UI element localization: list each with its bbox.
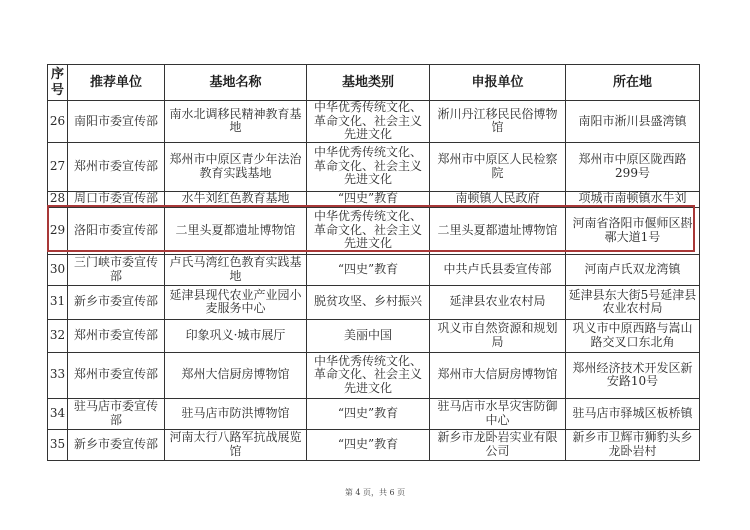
cell-applicant: 郑州市大信厨房博物馆 <box>430 352 566 398</box>
cell-recommender: 南阳市委宣传部 <box>68 101 165 143</box>
cell-applicant: 南顿镇人民政府 <box>430 191 566 207</box>
cell-applicant: 延津县农业农村局 <box>430 285 566 319</box>
cell-base-name: 郑州市中原区青少年法治教育实践基地 <box>165 142 307 191</box>
cell-location: 延津县东大街5号延津县农业农村局 <box>566 285 700 319</box>
cell-base-name: 河南太行八路军抗战展览馆 <box>165 429 307 460</box>
table-row-highlighted: 29 洛阳市委宣传部 二里头夏都遗址博物馆 中华优秀传统文化、革命文化、社会主义… <box>48 207 700 254</box>
cell-category: 中华优秀传统文化、革命文化、社会主义先进文化 <box>307 101 430 143</box>
cell-base-name: 驻马店市防洪博物馆 <box>165 398 307 429</box>
cell-location: 项城市南顿镇水牛刘 <box>566 191 700 207</box>
cell-no: 30 <box>48 254 68 285</box>
cell-recommender: 新乡市委宣传部 <box>68 429 165 460</box>
cell-recommender: 驻马店市委宣传部 <box>68 398 165 429</box>
cell-location: 郑州市中原区陇西路299号 <box>566 142 700 191</box>
table-row: 31 新乡市委宣传部 延津县现代农业产业园小麦服务中心 脱贫攻坚、乡村振兴 延津… <box>48 285 700 319</box>
cell-location: 驻马店市驿城区板桥镇 <box>566 398 700 429</box>
base-list-table: 序号 推荐单位 基地名称 基地类别 申报单位 所在地 26 南阳市委宣传部 南水… <box>47 64 700 461</box>
table-row: 30 三门峡市委宣传部 卢氏马湾红色教育实践基地 “四史”教育 中共卢氏县委宣传… <box>48 254 700 285</box>
header-location: 所在地 <box>566 65 700 101</box>
table-row: 32 郑州市委宣传部 印象巩义·城市展厅 美丽中国 巩义市自然资源和规划局 巩义… <box>48 319 700 352</box>
cell-applicant: 中共卢氏县委宣传部 <box>430 254 566 285</box>
table-row: 33 郑州市委宣传部 郑州大信厨房博物馆 中华优秀传统文化、革命文化、社会主义先… <box>48 352 700 398</box>
cell-applicant: 郑州市中原区人民检察院 <box>430 142 566 191</box>
cell-recommender: 郑州市委宣传部 <box>68 352 165 398</box>
cell-recommender: 三门峡市委宣传部 <box>68 254 165 285</box>
cell-base-name: 延津县现代农业产业园小麦服务中心 <box>165 285 307 319</box>
cell-recommender: 新乡市委宣传部 <box>68 285 165 319</box>
header-base-name: 基地名称 <box>165 65 307 101</box>
cell-recommender: 郑州市委宣传部 <box>68 319 165 352</box>
header-recommender: 推荐单位 <box>68 65 165 101</box>
cell-no: 31 <box>48 285 68 319</box>
cell-base-name: 印象巩义·城市展厅 <box>165 319 307 352</box>
cell-category: 中华优秀传统文化、革命文化、社会主义先进文化 <box>307 207 430 254</box>
cell-no: 32 <box>48 319 68 352</box>
cell-category: 中华优秀传统文化、革命文化、社会主义先进文化 <box>307 352 430 398</box>
table-row: 34 驻马店市委宣传部 驻马店市防洪博物馆 “四史”教育 驻马店市水旱灾害防御中… <box>48 398 700 429</box>
cell-base-name: 卢氏马湾红色教育实践基地 <box>165 254 307 285</box>
table-row: 35 新乡市委宣传部 河南太行八路军抗战展览馆 “四史”教育 新乡市龙卧岩实业有… <box>48 429 700 460</box>
cell-base-name: 二里头夏都遗址博物馆 <box>165 207 307 254</box>
cell-recommender: 洛阳市委宣传部 <box>68 207 165 254</box>
table-row: 26 南阳市委宣传部 南水北调移民精神教育基地 中华优秀传统文化、革命文化、社会… <box>48 101 700 143</box>
header-category: 基地类别 <box>307 65 430 101</box>
cell-location: 新乡市卫辉市狮豹头乡龙卧岩村 <box>566 429 700 460</box>
cell-no: 35 <box>48 429 68 460</box>
cell-location: 河南卢氏双龙湾镇 <box>566 254 700 285</box>
page-footer: 第 4 页，共 6 页 <box>0 487 750 498</box>
cell-no: 26 <box>48 101 68 143</box>
cell-category: “四史”教育 <box>307 429 430 460</box>
cell-category: 美丽中国 <box>307 319 430 352</box>
cell-no: 34 <box>48 398 68 429</box>
table-header-row: 序号 推荐单位 基地名称 基地类别 申报单位 所在地 <box>48 65 700 101</box>
cell-base-name: 水牛刘红色教育基地 <box>165 191 307 207</box>
cell-no: 28 <box>48 191 68 207</box>
cell-applicant: 驻马店市水旱灾害防御中心 <box>430 398 566 429</box>
cell-location: 河南省洛阳市偃师区斟鄩大道1号 <box>566 207 700 254</box>
cell-location: 巩义市中原西路与嵩山路交叉口东北角 <box>566 319 700 352</box>
cell-applicant: 淅川丹江移民民俗博物馆 <box>430 101 566 143</box>
header-seq: 序号 <box>48 65 68 101</box>
cell-base-name: 南水北调移民精神教育基地 <box>165 101 307 143</box>
cell-recommender: 周口市委宣传部 <box>68 191 165 207</box>
cell-location: 郑州经济技术开发区新安路10号 <box>566 352 700 398</box>
cell-base-name: 郑州大信厨房博物馆 <box>165 352 307 398</box>
cell-no: 29 <box>48 207 68 254</box>
cell-recommender: 郑州市委宣传部 <box>68 142 165 191</box>
cell-no: 27 <box>48 142 68 191</box>
cell-category: “四史”教育 <box>307 191 430 207</box>
table-row: 28 周口市委宣传部 水牛刘红色教育基地 “四史”教育 南顿镇人民政府 项城市南… <box>48 191 700 207</box>
cell-category: “四史”教育 <box>307 254 430 285</box>
cell-applicant: 新乡市龙卧岩实业有限公司 <box>430 429 566 460</box>
header-applicant: 申报单位 <box>430 65 566 101</box>
cell-category: 脱贫攻坚、乡村振兴 <box>307 285 430 319</box>
cell-category: 中华优秀传统文化、革命文化、社会主义先进文化 <box>307 142 430 191</box>
cell-location: 南阳市淅川县盛湾镇 <box>566 101 700 143</box>
cell-category: “四史”教育 <box>307 398 430 429</box>
table-row: 27 郑州市委宣传部 郑州市中原区青少年法治教育实践基地 中华优秀传统文化、革命… <box>48 142 700 191</box>
cell-applicant: 二里头夏都遗址博物馆 <box>430 207 566 254</box>
cell-applicant: 巩义市自然资源和规划局 <box>430 319 566 352</box>
cell-no: 33 <box>48 352 68 398</box>
